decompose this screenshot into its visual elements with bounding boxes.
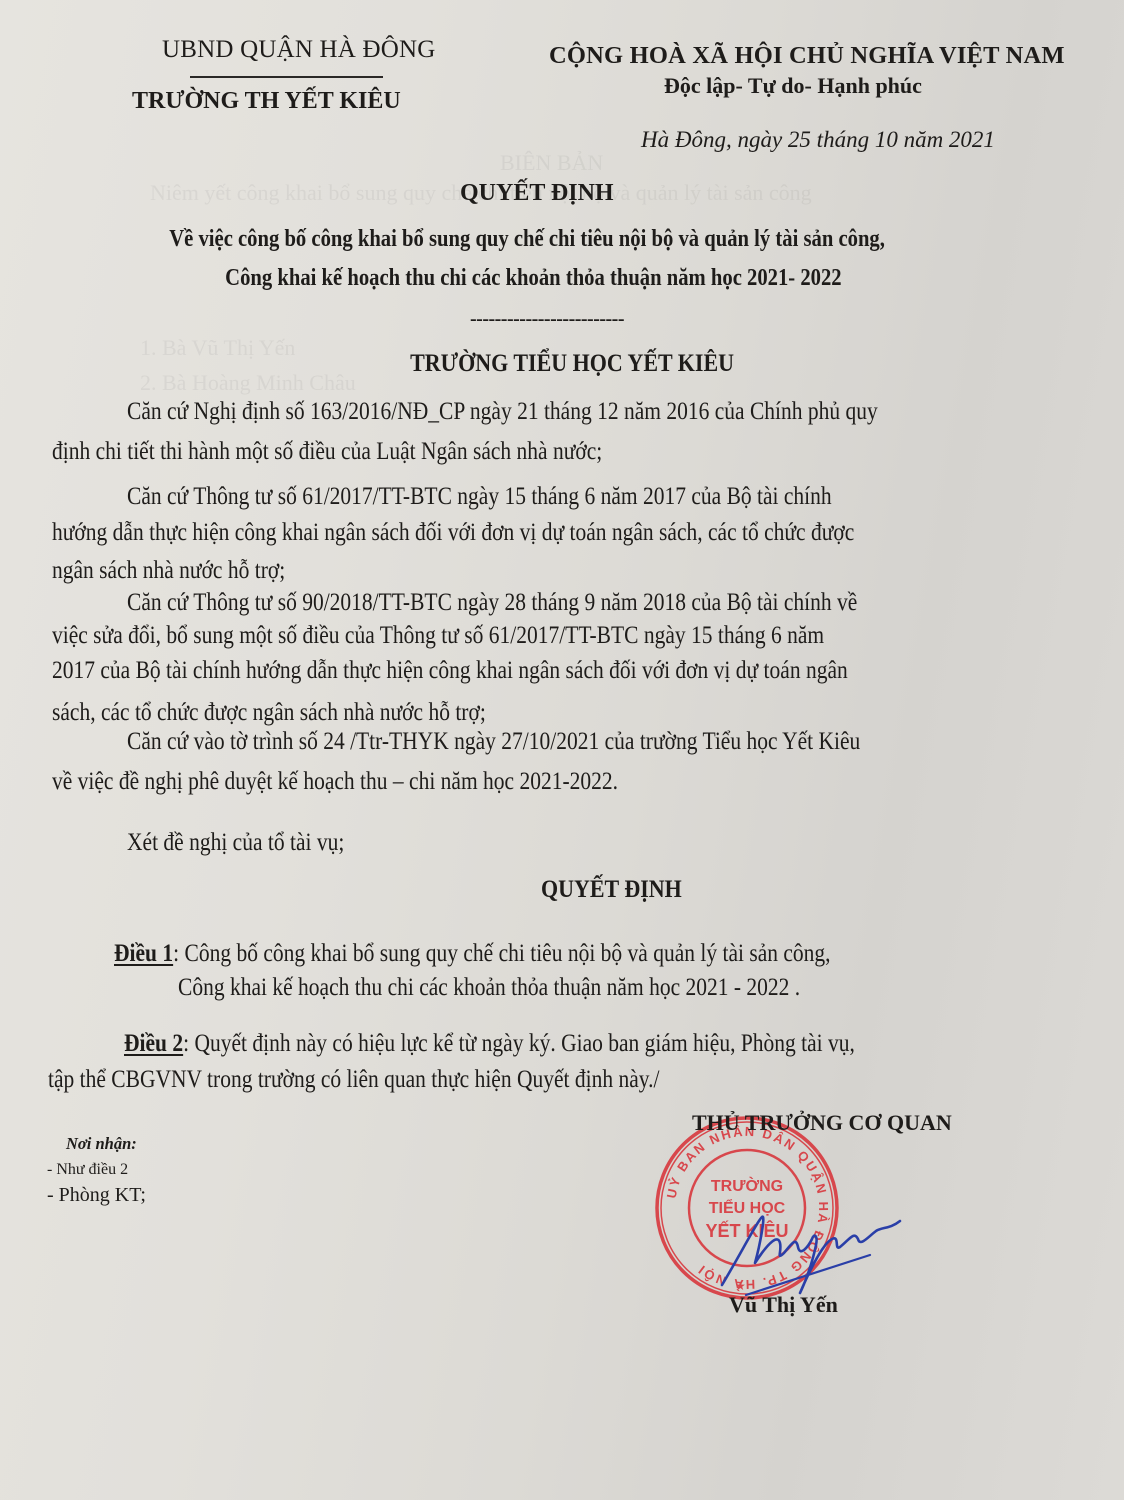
body-line: Căn cứ Thông tư số 61/2017/TT-BTC ngày 1… — [127, 483, 832, 511]
body-line: hướng dẫn thực hiện công khai ngân sách … — [52, 519, 854, 547]
article-2-text: : Quyết định này có hiệu lực kể từ ngày … — [183, 1030, 855, 1057]
body-line: về việc đề nghị phê duyệt kế hoạch thu –… — [52, 768, 618, 796]
body-line: Xét đề nghị của tổ tài vụ; — [127, 829, 344, 857]
body-line: việc sửa đổi, bổ sung một số điều của Th… — [52, 622, 824, 650]
recipients-title: Nơi nhận: — [66, 1134, 137, 1154]
document-title: QUYẾT ĐỊNH — [460, 180, 614, 207]
decision-heading: QUYẾT ĐỊNH — [541, 876, 682, 904]
recipient-item: - Như điều 2 — [47, 1161, 128, 1179]
article-1-continuation: Công khai kế hoạch thu chi các khoản thỏ… — [178, 974, 800, 1002]
article-2: Điều 2: Quyết định này có hiệu lực kể từ… — [124, 1030, 855, 1058]
handwritten-signature-icon — [700, 1195, 910, 1305]
subject-line: Về việc công bố công khai bổ sung quy ch… — [169, 226, 885, 253]
body-line: Căn cứ Nghị định số 163/2016/NĐ_CP ngày … — [127, 398, 878, 426]
body-line: ngân sách nhà nước hỗ trợ; — [52, 557, 285, 585]
recipient-item: - Phòng KT; — [47, 1184, 146, 1207]
show-through-text: 1. Bà Vũ Thị Yến — [140, 335, 295, 361]
body-line: Căn cứ vào tờ trình số 24 /Ttr-THYK ngày… — [127, 728, 860, 756]
issuing-authority: UBND QUẬN HÀ ĐÔNG — [162, 36, 436, 64]
body-line: định chi tiết thi hành một số điều của L… — [52, 438, 602, 466]
document-page: BIÊN BẢN Niêm yết công khai bổ sung quy … — [0, 0, 1124, 1500]
body-line: sách, các tổ chức được ngân sách nhà nướ… — [52, 699, 486, 727]
title-separator: ------------------------- — [470, 308, 624, 331]
signer-title: THỦ TRƯỞNG CƠ QUAN — [692, 1110, 952, 1136]
article-1: Điều 1: Công bố công khai bổ sung quy ch… — [114, 940, 831, 968]
stamp-inner-line: TRƯỜNG — [711, 1176, 783, 1195]
article-1-text: : Công bố công khai bổ sung quy chế chi … — [173, 940, 830, 967]
header-divider — [190, 76, 383, 78]
date-line: Hà Đông, ngày 25 tháng 10 năm 2021 — [641, 127, 995, 153]
show-through-text: 2. Bà Hoàng Minh Châu — [140, 370, 356, 396]
article-2-label: Điều 2 — [124, 1030, 183, 1057]
issuer-heading: TRƯỜNG TIỂU HỌC YẾT KIÊU — [410, 350, 734, 378]
article-2-continuation: tập thể CBGVNV trong trường có liên quan… — [48, 1066, 660, 1094]
body-line: 2017 của Bộ tài chính hướng dẫn thực hiệ… — [52, 657, 848, 685]
school-name: TRƯỜNG TH YẾT KIÊU — [132, 88, 401, 115]
subject-line: Công khai kế hoạch thu chi các khoản thỏ… — [225, 265, 841, 292]
national-motto: Độc lập- Tự do- Hạnh phúc — [664, 73, 922, 99]
national-title: CỘNG HOÀ XÃ HỘI CHỦ NGHĨA VIỆT NAM — [549, 42, 1065, 70]
article-1-label: Điều 1 — [114, 940, 173, 967]
body-line: Căn cứ Thông tư số 90/2018/TT-BTC ngày 2… — [127, 589, 857, 617]
show-through-text: BIÊN BẢN — [500, 150, 603, 176]
